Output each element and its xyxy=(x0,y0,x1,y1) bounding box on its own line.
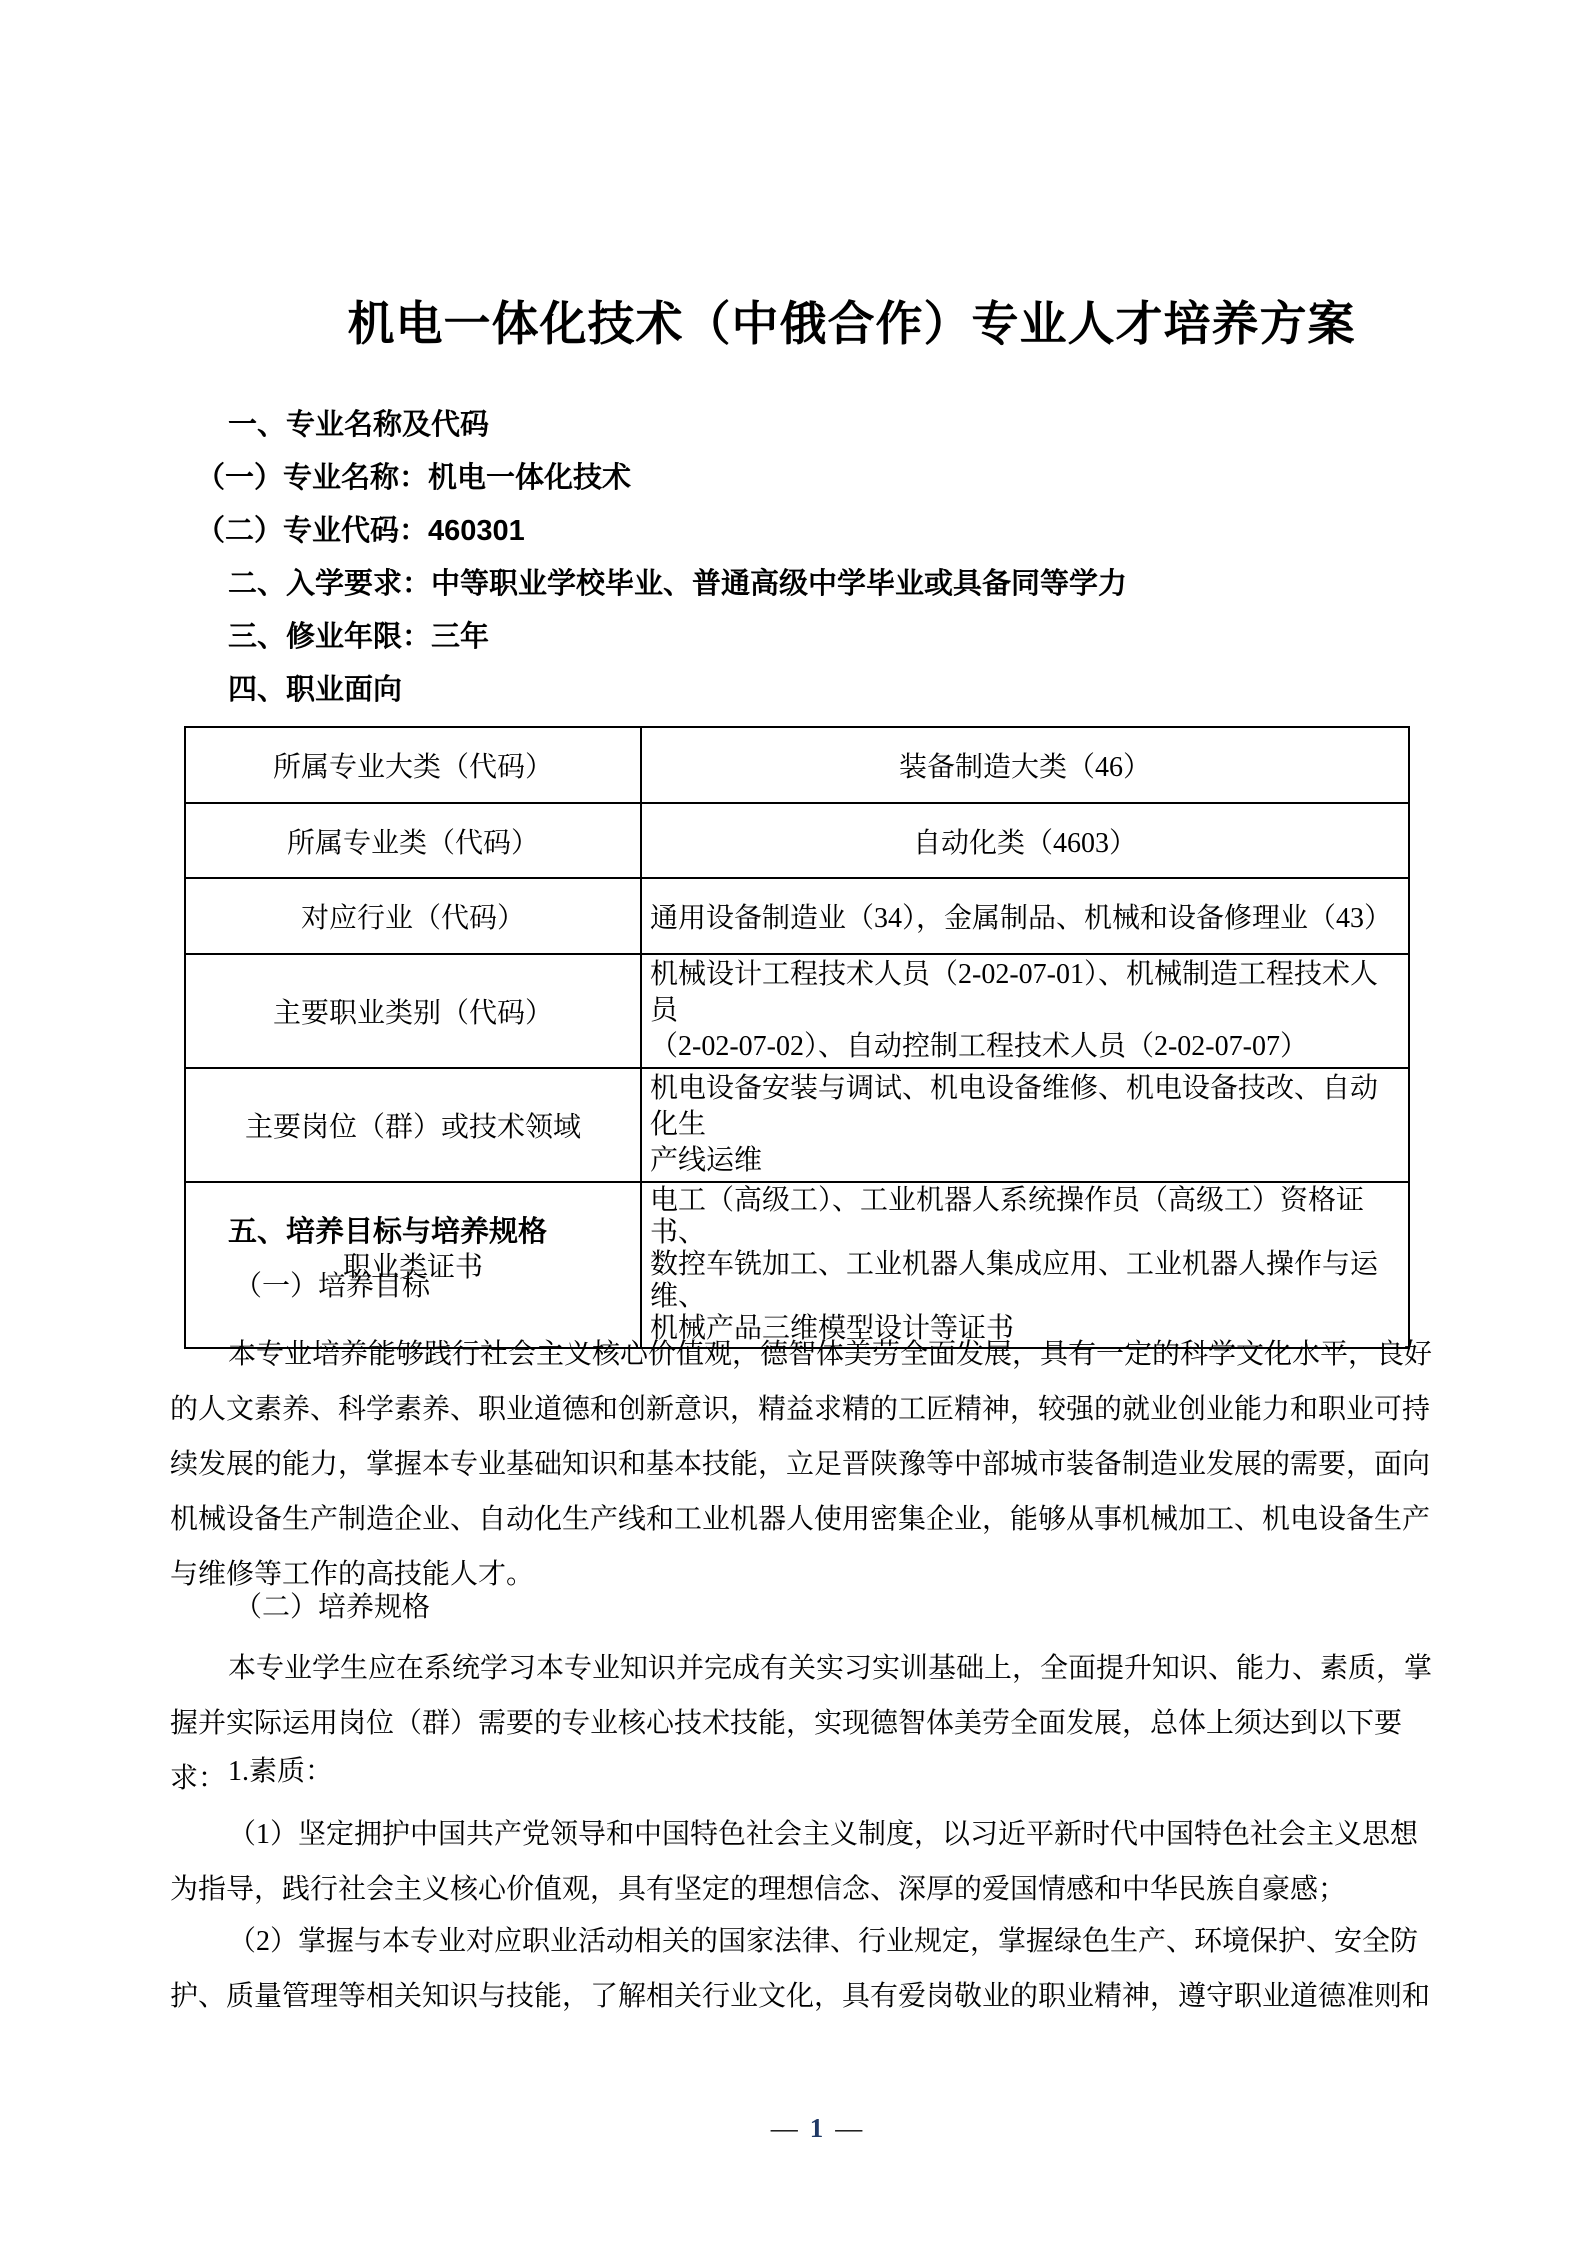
row-label-cell: 对应行业（代码） xyxy=(185,878,641,954)
row-value-cell: 电工（高级工）、工业机器人系统操作员（高级工）资格证书、 数控车铣加工、工业机器… xyxy=(641,1182,1409,1348)
heading-section-5: 五、培养目标与培养规格 xyxy=(170,1212,1432,1252)
row-value-cell: 自动化类（4603） xyxy=(641,803,1409,878)
row-label-cell: 主要岗位（群）或技术领域 xyxy=(185,1068,641,1182)
table-row: 主要职业类别（代码） 机械设计工程技术人员（2-02-07-01）、机械制造工程… xyxy=(185,954,1409,1068)
row-label-cell: 职业类证书 xyxy=(185,1182,641,1348)
page-number: 1 xyxy=(810,2113,824,2143)
major-name-line: （一）专业名称：机电一体化技术 xyxy=(196,452,1450,505)
row-value-cell: 机械设计工程技术人员（2-02-07-01）、机械制造工程技术人员 （2-02-… xyxy=(641,954,1409,1068)
heading-section-3: 三、修业年限：三年 xyxy=(228,611,1450,664)
training-goal-paragraph: 本专业培养能够践行社会主义核心价值观，德智体美劳全面发展，具有一定的科学文化水平… xyxy=(170,1327,1432,1602)
subheading-training-spec: （二）培养规格 xyxy=(170,1588,1432,1628)
major-code-line: （二）专业代码：460301 xyxy=(196,505,1450,558)
table-row: 主要岗位（群）或技术领域 机电设备安装与调试、机电设备维修、机电设备技改、自动化… xyxy=(185,1068,1409,1182)
quality-list-label: 1.素质： xyxy=(170,1752,1432,1792)
heading-section-1: 一、专业名称及代码 xyxy=(228,399,1450,452)
heading-section-4: 四、职业面向 xyxy=(228,664,1450,717)
major-code-label: （二）专业代码： xyxy=(196,515,428,547)
document-page: 机电一体化技术（中俄合作）专业人才培养方案 一、专业名称及代码 （一）专业名称：… xyxy=(0,0,1587,2245)
row-label-cell: 所属专业大类（代码） xyxy=(185,727,641,803)
quality-item-1: （1）坚定拥护中国共产党领导和中国特色社会主义制度，以习近平新时代中国特色社会主… xyxy=(170,1807,1432,1917)
quality-item-2: （2）掌握与本专业对应职业活动相关的国家法律、行业规定，掌握绿色生产、环境保护、… xyxy=(170,1914,1432,2024)
row-value-cell: 装备制造大类（46） xyxy=(641,727,1409,803)
table-row: 所属专业大类（代码） 装备制造大类（46） xyxy=(185,727,1409,803)
row-label-cell: 所属专业类（代码） xyxy=(185,803,641,878)
page-title: 机电一体化技术（中俄合作）专业人才培养方案 xyxy=(0,287,1587,354)
row-value-cell: 机电设备安装与调试、机电设备维修、机电设备技改、自动化生 产线运维 xyxy=(641,1068,1409,1182)
footer-left-dash: — xyxy=(771,2113,798,2143)
footer-right-dash: — xyxy=(835,2113,862,2143)
major-code-value: 460301 xyxy=(428,515,525,547)
row-value-cell: 通用设备制造业（34），金属制品、机械和设备修理业（43） xyxy=(641,878,1409,954)
career-orientation-table: 所属专业大类（代码） 装备制造大类（46） 所属专业类（代码） 自动化类（460… xyxy=(184,726,1410,1349)
table-row: 职业类证书 电工（高级工）、工业机器人系统操作员（高级工）资格证书、 数控车铣加… xyxy=(185,1182,1409,1348)
table-row: 对应行业（代码） 通用设备制造业（34），金属制品、机械和设备修理业（43） xyxy=(185,878,1409,954)
heading-section-2: 二、入学要求：中等职业学校毕业、普通高级中学毕业或具备同等学力 xyxy=(228,558,1450,611)
subheading-training-goal: （一）培养目标 xyxy=(170,1267,1432,1307)
page-footer: —1— xyxy=(0,2113,1587,2144)
table-row: 所属专业类（代码） 自动化类（4603） xyxy=(185,803,1409,878)
intro-section: 一、专业名称及代码 （一）专业名称：机电一体化技术 （二）专业代码：460301… xyxy=(170,399,1450,717)
row-label-cell: 主要职业类别（代码） xyxy=(185,954,641,1068)
